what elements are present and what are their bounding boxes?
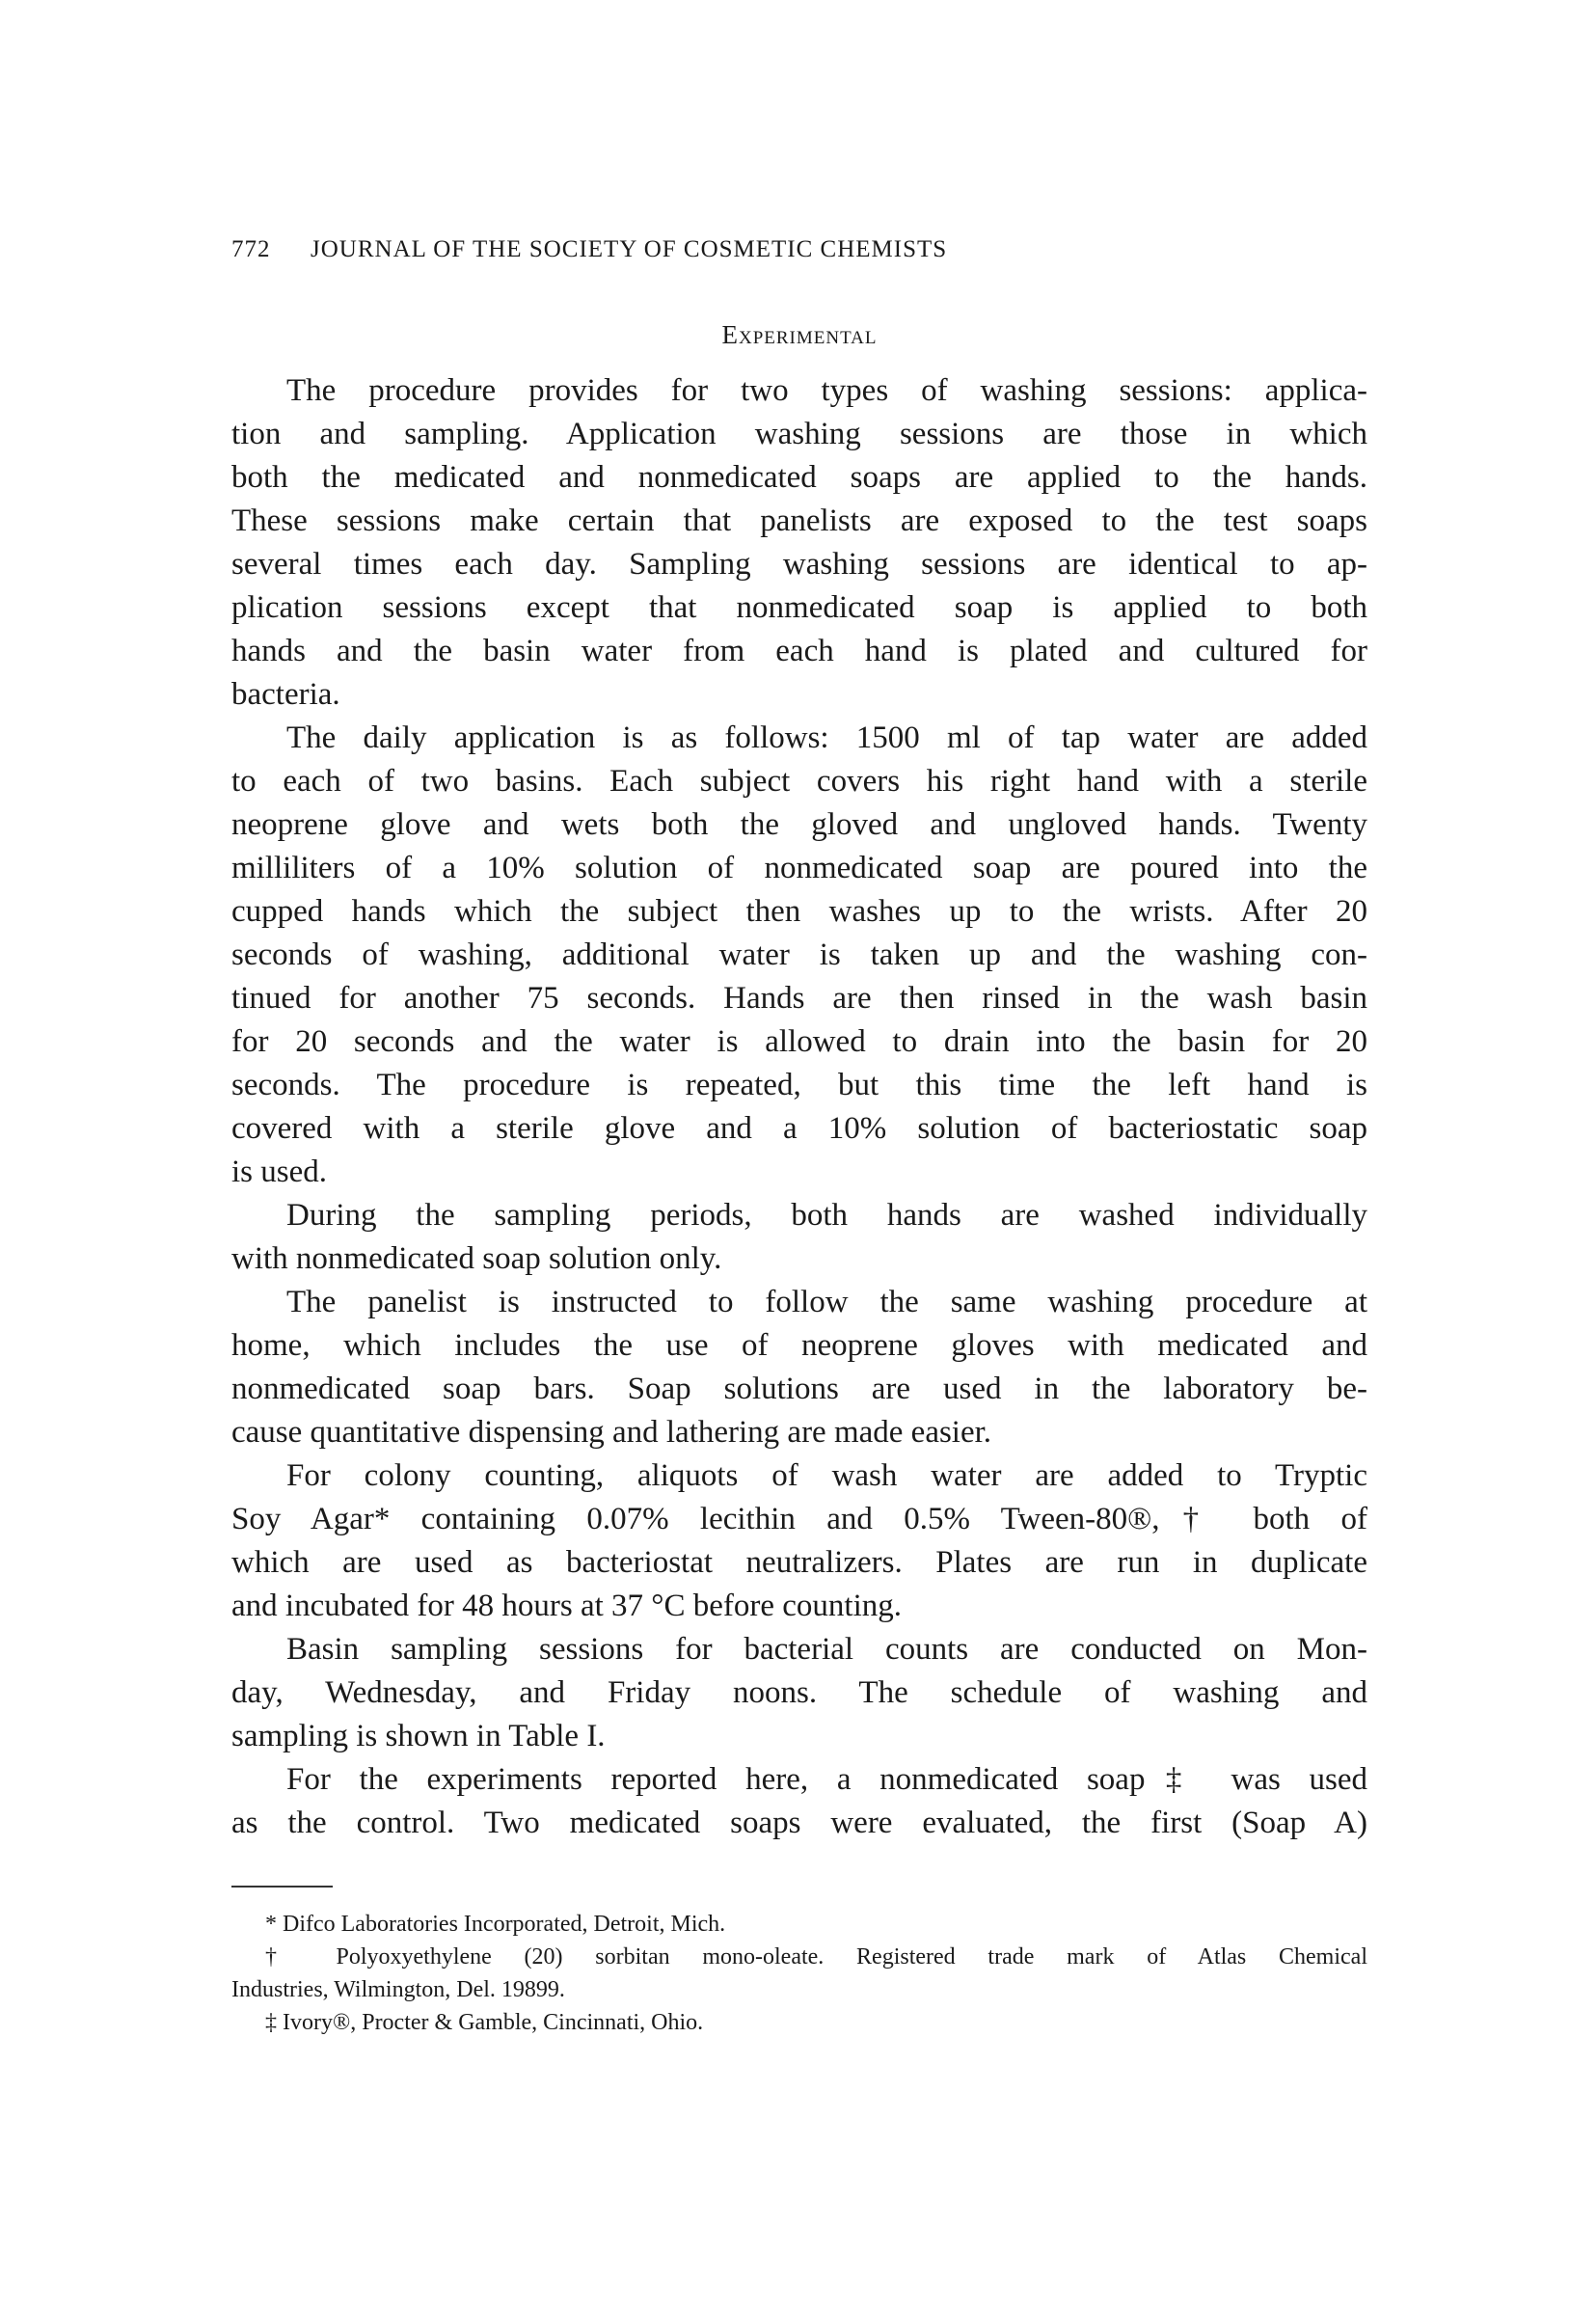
text-line: cupped hands which the subject then wash… xyxy=(231,890,1367,934)
text-line: cause quantitative dispensing and lather… xyxy=(231,1411,1367,1454)
text-line: both the medicated and nonmedicated soap… xyxy=(231,456,1367,500)
text-line: several times each day. Sampling washing… xyxy=(231,543,1367,586)
text-line: covered with a sterile glove and a 10% s… xyxy=(231,1107,1367,1151)
footnote-line: ‡ Ivory®, Procter & Gamble, Cincinnati, … xyxy=(231,2006,1367,2039)
text-line: For the experiments reported here, a non… xyxy=(231,1758,1367,1802)
text-line: for 20 seconds and the water is allowed … xyxy=(231,1020,1367,1064)
text-line: milliliters of a 10% solution of nonmedi… xyxy=(231,847,1367,890)
text-line: seconds of washing, additional water is … xyxy=(231,934,1367,977)
text-line: which are used as bacteriostat neutraliz… xyxy=(231,1541,1367,1585)
text-line: Soy Agar* containing 0.07% lecithin and … xyxy=(231,1498,1367,1541)
text-line: to each of two basins. Each subject cove… xyxy=(231,760,1367,803)
text-line: home, which includes the use of neoprene… xyxy=(231,1324,1367,1368)
footnotes: * Difco Laboratories Incorporated, Detro… xyxy=(231,1908,1367,2039)
page-number: 772 xyxy=(231,236,271,263)
text-line: hands and the basin water from each hand… xyxy=(231,630,1367,673)
text-line: nonmedicated soap bars. Soap solutions a… xyxy=(231,1368,1367,1411)
text-line: The procedure provides for two types of … xyxy=(231,369,1367,413)
text-line: tinued for another 75 seconds. Hands are… xyxy=(231,977,1367,1020)
text-line: Basin sampling sessions for bacterial co… xyxy=(231,1628,1367,1671)
text-line: day, Wednesday, and Friday noons. The sc… xyxy=(231,1671,1367,1715)
text-line: These sessions make certain that panelis… xyxy=(231,500,1367,543)
text-line: plication sessions except that nonmedica… xyxy=(231,586,1367,630)
text-line: tion and sampling. Application washing s… xyxy=(231,413,1367,456)
footnote-divider xyxy=(231,1886,333,1888)
text-line: and incubated for 48 hours at 37 °C befo… xyxy=(231,1585,1367,1628)
footnote-line: † Polyoxyethylene (20) sorbitan mono-ole… xyxy=(231,1941,1367,1973)
text-line: with nonmedicated soap solution only. xyxy=(231,1237,1367,1281)
text-line: is used. xyxy=(231,1151,1367,1194)
text-line: seconds. The procedure is repeated, but … xyxy=(231,1064,1367,1107)
footnote-line: Industries, Wilmington, Del. 19899. xyxy=(231,1973,1367,2006)
journal-title: JOURNAL OF THE SOCIETY OF COSMETIC CHEMI… xyxy=(311,236,947,263)
text-line: neoprene glove and wets both the gloved … xyxy=(231,803,1367,847)
body-text: The procedure provides for two types of … xyxy=(231,369,1367,1845)
text-line: The panelist is instructed to follow the… xyxy=(231,1281,1367,1324)
running-header: 772 JOURNAL OF THE SOCIETY OF COSMETIC C… xyxy=(231,236,1369,275)
text-line: For colony counting, aliquots of wash wa… xyxy=(231,1454,1367,1498)
text-line: The daily application is as follows: 150… xyxy=(231,717,1367,760)
text-line: During the sampling periods, both hands … xyxy=(231,1194,1367,1237)
text-line: sampling is shown in Table I. xyxy=(231,1715,1367,1758)
footnote-line: * Difco Laboratories Incorporated, Detro… xyxy=(231,1908,1367,1941)
text-line: bacteria. xyxy=(231,673,1367,717)
section-heading: Experimental xyxy=(231,320,1367,350)
text-line: as the control. Two medicated soaps were… xyxy=(231,1802,1367,1845)
